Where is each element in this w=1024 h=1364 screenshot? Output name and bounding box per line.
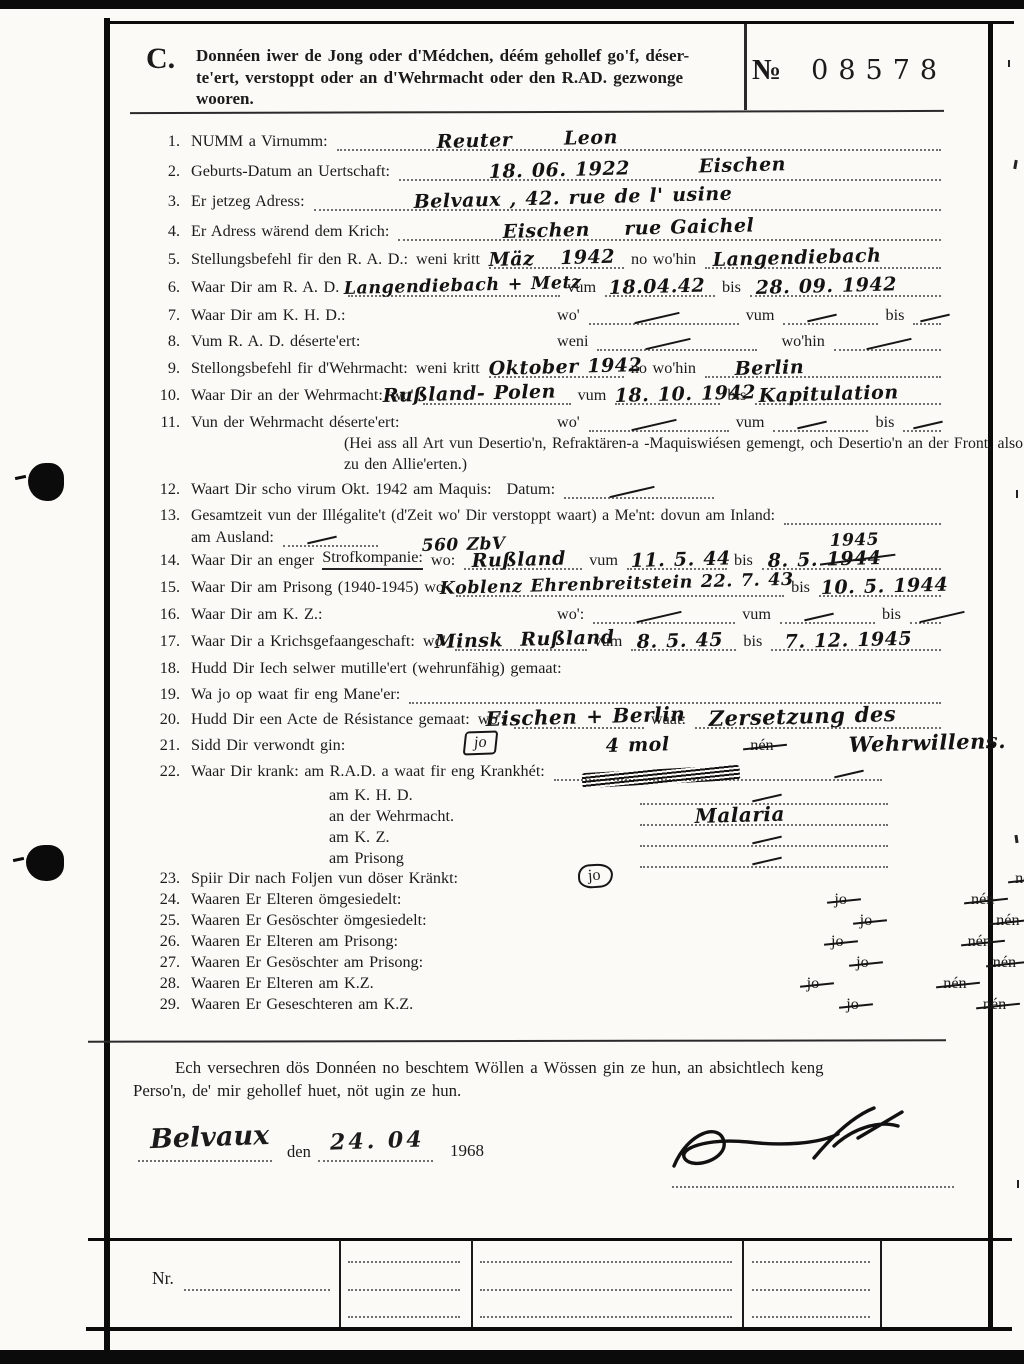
item-number: 25.	[154, 911, 180, 930]
scan-noise	[1017, 1180, 1019, 1188]
form-row-22-wehrmacht: an der Wehrmacht. Malaria	[154, 805, 886, 826]
form-row-19: 19. Wa jo op waat fir eng Mane'er:	[154, 683, 945, 704]
answer-line: Belvaux , 42. rue de l' usine	[314, 190, 941, 211]
item-label: Waar Dir am Prisong (1940-1945) wo'	[191, 578, 447, 597]
item-label: Hudd Dir een Acte de Résistance gemaat:	[191, 710, 470, 729]
form-row-6: 6. Waar Dir am R. A. D. Langendiebach + …	[154, 276, 945, 297]
item-number: 15.	[154, 578, 180, 597]
answer-line: Zersetzung des	[695, 708, 941, 729]
blank-dash	[920, 314, 950, 323]
item-number: 23.	[154, 869, 180, 888]
form-row-13b: am Ausland:	[154, 526, 945, 547]
handwritten-place: Minsk Rußland	[434, 626, 614, 653]
table-column-line	[471, 1240, 473, 1327]
table-cell-line	[480, 1261, 732, 1263]
answer-line: Koblenz Ehrenbreitstein 22. 7. 43	[456, 576, 784, 597]
handwritten-place: Koblenz Ehrenbreitstein 22. 7. 43	[439, 570, 793, 599]
form-row-9: 9. Stellongsbefehl fir d'Wehrmacht: weni…	[154, 357, 945, 378]
field-label: weni	[557, 332, 588, 351]
form-row-8: 8. Vum R. A. D. déserte'ert: weni wo'hin	[154, 330, 945, 351]
item-label: Wa jo op waat fir eng Mane'er:	[191, 685, 400, 704]
item-number: 2.	[154, 162, 180, 181]
form-row-14: 14. Waar Dir an enger Strofkompanie: wo:…	[154, 549, 945, 570]
blank-dash	[634, 312, 679, 324]
handwritten-war-address: Eischen rue Gaichel	[503, 214, 755, 243]
item-sublabel: am Ausland:	[191, 528, 274, 547]
item-label: Waar Dir an der Wehrmacht:	[191, 386, 383, 405]
blank-dash	[866, 338, 911, 350]
section-title-line1: Donnéen iwer de Jong oder d'Médchen, déé…	[196, 45, 748, 67]
form-row-22: 22. Waar Dir krank: am R.A.D. a waat fir…	[154, 760, 886, 781]
table-cell-line	[752, 1316, 870, 1318]
signature	[666, 1102, 910, 1188]
field-label: bis	[734, 551, 753, 570]
item-sublabel: am K. H. D.	[329, 786, 413, 805]
answer-line: Mäz 1942	[489, 248, 624, 269]
answer-line	[554, 760, 882, 781]
blank-dash	[307, 536, 337, 545]
scan-noise	[1013, 160, 1018, 169]
form-row-2: 2. Geburts-Datum an Uertschaft: 18. 06. …	[154, 160, 945, 181]
handwritten-date: 10. 5. 1944	[820, 574, 948, 599]
declaration-text: Ech versechren dös Donnéen no beschtem W…	[133, 1056, 967, 1102]
form-row-7: 7. Waar Dir am K. H. D.: wo' vum bis	[154, 304, 945, 325]
form-row-5: 5. Stellungsbefehl fir den R. A. D.: wen…	[154, 248, 945, 269]
item-label: Er Adress wärend dem Krich:	[191, 222, 389, 241]
answer-line	[589, 411, 729, 432]
answer-line: 8. 5. 1944 1945	[762, 549, 941, 570]
table-bottom-border	[86, 1327, 1012, 1331]
scan-edge-bottom	[0, 1350, 1024, 1364]
item-number: 12.	[154, 480, 180, 499]
item-label: Waaren Er Elteren am Prisong:	[191, 932, 398, 951]
field-label: wo':	[557, 605, 584, 624]
scan-noise	[1016, 490, 1018, 498]
answer-line: 18. 10. 1942	[615, 384, 720, 405]
field-label: vum	[742, 605, 771, 624]
form-row-15: 15. Waar Dir am Prisong (1940-1945) wo' …	[154, 576, 945, 597]
jo-option-struck: jo	[860, 911, 873, 930]
form-row-27: 27. Waaren Er Gesöschter am Prisong: jo …	[154, 951, 945, 972]
handwritten-signature-date: 24. 04	[330, 1126, 425, 1155]
handwritten-birth: 18. 06. 1922 Eischen	[488, 153, 786, 183]
table-column-line	[742, 1240, 744, 1327]
form-row-12: 12. Waart Dir scho virum Okt. 1942 am Ma…	[154, 478, 945, 499]
declaration-line1: Ech versechren dös Donnéen no beschtem W…	[133, 1056, 967, 1079]
form-row-11: 11. Vun der Wehrmacht déserte'ert: wo' v…	[154, 411, 945, 432]
blank-dash	[609, 486, 654, 498]
item-number: 9.	[154, 359, 180, 378]
jo-option-struck: jo	[834, 890, 847, 909]
item-label: Geburts-Datum an Uertschaft:	[191, 162, 390, 181]
field-label: vum	[578, 386, 607, 405]
blank-dash	[797, 421, 827, 430]
blank-dash	[752, 836, 782, 845]
handwritten-place: Langendiebach + Metz	[344, 273, 582, 299]
item-label: Waaren Er Geseschteren am K.Z.	[191, 995, 413, 1014]
handwritten-value: Kapitulation	[759, 381, 899, 407]
table-column-line	[339, 1240, 341, 1327]
table-cell-line	[348, 1316, 460, 1318]
handwritten-date: 7. 12. 1945	[785, 628, 913, 653]
section-title: Donnéen iwer de Jong oder d'Médchen, déé…	[196, 45, 748, 110]
answer-line	[409, 683, 941, 704]
blank-dash	[631, 419, 676, 431]
handwritten-date: 11. 5. 44	[630, 547, 731, 572]
date-line	[318, 1160, 433, 1162]
answer-line: Malaria	[640, 805, 888, 826]
answer-line: Reuter Leon	[337, 130, 941, 151]
handwritten-place: Langendiebach	[713, 245, 882, 271]
answer-line	[597, 330, 757, 351]
answer-line	[640, 826, 888, 847]
numero-sign: №	[752, 54, 781, 87]
answer-line	[593, 603, 735, 624]
declaration-line2: Perso'n, de' mir gehollef huet, nöt ugin…	[133, 1079, 967, 1102]
nen-option-struck: nén	[750, 736, 773, 755]
handwritten-illness: Malaria	[694, 802, 785, 828]
answer-line	[903, 411, 941, 432]
field-label: bis	[722, 278, 741, 297]
field-group: wo' vum bis	[554, 304, 945, 325]
answer-line	[564, 478, 714, 499]
field-label: wo'	[557, 413, 580, 432]
item-label: Waar Dir krank: am R.A.D. a waat fir eng…	[191, 762, 545, 781]
answer-line	[913, 304, 941, 325]
answer-line: Minsk Rußland	[455, 630, 587, 651]
item-label: Waaren Er Elteren ömgesiedelt:	[191, 890, 401, 909]
table-cell-line	[480, 1289, 732, 1291]
blank-dash	[913, 421, 943, 430]
handwritten-date: 8. 5. 1944	[767, 547, 881, 572]
answer-line	[773, 411, 868, 432]
form-number: № 08578	[752, 54, 984, 87]
item-number: 18.	[154, 659, 180, 678]
item-number: 6.	[154, 278, 180, 297]
item-number: 21.	[154, 736, 180, 755]
form-row-26: 26. Waaren Er Elteren am Prisong: jo nén	[154, 930, 945, 951]
answer-line	[910, 603, 941, 624]
answer-line: Rußland- Polen	[423, 384, 571, 405]
section-letter: C.	[146, 42, 175, 76]
table-cell-line	[348, 1289, 460, 1291]
item-number: 29.	[154, 995, 180, 1014]
table-cell-line	[752, 1289, 870, 1291]
answer-line: Langendiebach	[705, 248, 941, 269]
form-row-18: 18. Hudd Dir Iech selwer mutille'ert (we…	[154, 657, 945, 678]
handwritten-date: 18.04.42	[608, 274, 705, 299]
answer-line	[780, 603, 875, 624]
handwritten-signature-place: Belvaux	[149, 1120, 269, 1155]
section-title-line2: te'ert, verstoppt oder an d'Wehrmacht od…	[196, 67, 748, 89]
jo-option-struck: jo	[831, 932, 844, 951]
item-number: 8.	[154, 332, 180, 351]
item-number: 11.	[154, 413, 180, 432]
item-number: 22.	[154, 762, 180, 781]
field-label: bis	[875, 413, 894, 432]
form-row-4: 4. Er Adress wärend dem Krich: Eischen r…	[154, 220, 945, 241]
form-row-28: 28. Waaren Er Elteren am K.Z. jo nén	[154, 972, 945, 993]
item-sublabel: am K. Z.	[329, 828, 390, 847]
item-number: 3.	[154, 192, 180, 211]
page-left-border	[104, 18, 110, 1352]
item-label: Waart Dir scho virum Okt. 1942 am Maquis…	[191, 480, 492, 499]
scan-noise	[1014, 835, 1018, 843]
handwritten-address: Belvaux , 42. rue de l' usine	[413, 183, 732, 213]
form-number-value: 08578	[811, 55, 947, 86]
form-row-29: 29. Waaren Er Geseschteren am K.Z. jo né…	[154, 993, 945, 1014]
item-number: 16.	[154, 605, 180, 624]
item-label: Waar Dir a Krichsgefaangeschaft:	[191, 632, 415, 651]
handwritten-date: Mäz 1942	[488, 246, 615, 271]
item-sublabel: am Prisong	[329, 849, 404, 868]
item-label: Waaren Er Elteren am K.Z.	[191, 974, 374, 993]
blank-dash	[636, 611, 681, 623]
answer-line: 10. 5. 1944	[819, 576, 941, 597]
item-label: Waar Dir an enger	[191, 551, 314, 570]
form-row-1: 1. NUMM a Virnumm: Reuter Leon	[154, 130, 945, 151]
form-row-21: 21. Sidd Dir verwondt gin: jo nén 4 mol	[154, 734, 945, 755]
field-label: weni kritt	[416, 359, 480, 378]
handwritten-act: Zersetzung des	[708, 701, 896, 731]
blank-dash	[646, 338, 691, 350]
field-label: vum	[589, 551, 618, 570]
item-number: 7.	[154, 306, 180, 325]
scan-edge-top	[0, 0, 1024, 9]
item-label: Hudd Dir Iech selwer mutille'ert (wehrun…	[191, 659, 562, 678]
form-row-16: 16. Waar Dir am K. Z.: wo': vum bis	[154, 603, 945, 624]
item-number: 19.	[154, 685, 180, 704]
jo-option-struck: jo	[856, 953, 869, 972]
item-label: NUMM a Virnumm:	[191, 132, 328, 151]
field-label: no wo'hin	[631, 250, 696, 269]
answer-line	[783, 304, 878, 325]
year-label: 1968	[450, 1141, 484, 1161]
nr-line	[184, 1289, 330, 1291]
item-label: Sidd Dir verwondt gin:	[191, 736, 345, 755]
jo-option-struck: jo	[846, 995, 859, 1014]
table-cell-line	[348, 1261, 460, 1263]
handwritten-correction: 1945	[829, 530, 879, 551]
answer-line	[784, 504, 941, 525]
ink-blot	[26, 845, 64, 881]
section-divider	[88, 1039, 946, 1042]
item-label: Er jetzeg Adress:	[191, 192, 305, 211]
item-label: Stellungsbefehl fir den R. A. D.:	[191, 250, 408, 269]
field-group: weni wo'hin	[554, 330, 945, 351]
answer-line	[589, 304, 739, 325]
item-number: 27.	[154, 953, 180, 972]
form-row-24: 24. Waaren Er Elteren ömgesiedelt: jo né…	[154, 888, 945, 909]
field-label: bis	[885, 306, 904, 325]
answer-line: 11. 5. 44	[627, 549, 727, 570]
place-line	[138, 1160, 272, 1162]
item-label: Spiir Dir nach Foljen vun döser Kränkt:	[191, 869, 458, 888]
item-label: Waar Dir am K. H. D.:	[191, 306, 346, 325]
answer-line: Eischen + Berlin	[514, 708, 644, 729]
field-group: wo': vum bis	[554, 603, 945, 624]
table-cell-line	[752, 1261, 870, 1263]
nr-label: Nr.	[152, 1268, 174, 1289]
form-row-25: 25. Waaren Er Gesöschter ömgesiedelt: jo…	[154, 909, 945, 930]
field-label: wo'	[557, 306, 580, 325]
nen-option-struck: nén	[1015, 869, 1024, 888]
table-top-border	[88, 1238, 1012, 1241]
signature-stroke	[666, 1102, 910, 1188]
field-label: bis	[791, 578, 810, 597]
handwritten-place: Rußland- Polen	[382, 380, 556, 407]
answer-line: 28. 09. 1942	[750, 276, 941, 297]
answer-line: 7. 12. 1945	[771, 630, 941, 651]
answer-line: Berlin	[705, 357, 941, 378]
handwritten-count: 4 mol	[605, 733, 669, 757]
field-label: wo'hin	[781, 332, 824, 351]
handwritten-name: Reuter Leon	[436, 126, 618, 153]
blank-dash	[804, 613, 834, 622]
item-label: Vum R. A. D. déserte'ert:	[191, 332, 360, 351]
signature-line	[672, 1186, 954, 1188]
table-cell-line	[480, 1316, 732, 1318]
nen-option-struck: nén	[968, 932, 991, 951]
field-group: wo' vum bis	[554, 411, 945, 432]
item-label: Stellongsbefehl fir d'Wehrmacht:	[191, 359, 408, 378]
form-row-23: 23. Spiir Dir nach Foljen vun döser Krän…	[154, 867, 945, 888]
nen-option-struck: nén	[943, 974, 966, 993]
scanned-form-page: C. Donnéen iwer de Jong oder d'Médchen, …	[0, 0, 1024, 1364]
item-sublabel: an der Wehrmacht.	[329, 807, 454, 826]
nen-option-struck: nén	[983, 995, 1006, 1014]
handwritten-place: Berlin	[734, 356, 804, 380]
form-row-22-prisong: am Prisong	[154, 847, 886, 868]
answer-line: Eischen rue Gaichel	[398, 220, 941, 241]
page-right-border	[988, 21, 993, 1331]
answer-line	[283, 526, 378, 547]
section-title-line3: wooren.	[196, 88, 748, 110]
form-row-20: 20. Hudd Dir een Acte de Résistance gema…	[154, 708, 945, 729]
field-label: Datum:	[507, 480, 556, 499]
item-number: 26.	[154, 932, 180, 951]
jo-option-boxed: jo	[463, 730, 498, 755]
item-label: Vun der Wehrmacht déserte'ert:	[191, 413, 399, 432]
form-row-13: 13. Gesamtzeit vun der Illégalite't (d'Z…	[154, 504, 945, 525]
blank-dash	[752, 857, 782, 866]
item-label: Waar Dir am R. A. D.	[191, 278, 339, 297]
item-label: Gesamtzeit vun der Illégalite't (d'Zeit …	[191, 507, 775, 525]
item-number: 10.	[154, 386, 180, 405]
jo-option-circled: jo	[577, 863, 613, 889]
handwritten-date: 18. 10. 1942	[615, 381, 757, 407]
answer-line: Oktober 1942	[489, 357, 624, 378]
form-top-border	[108, 21, 1014, 24]
field-label: bis	[743, 632, 762, 651]
item-number: 5.	[154, 250, 180, 269]
field-label: weni kritt	[416, 250, 480, 269]
answer-line: 18.04.42	[605, 276, 715, 297]
item-number: 4.	[154, 222, 180, 241]
item-number: 17.	[154, 632, 180, 651]
ink-blot	[28, 463, 64, 501]
form-row-10: 10. Waar Dir an der Wehrmacht: wo' Rußla…	[154, 384, 945, 405]
header-underline	[130, 110, 944, 114]
item-label: Waaren Er Gesöschter am Prisong:	[191, 953, 423, 972]
item-number: 24.	[154, 890, 180, 909]
field-label: vum	[746, 306, 775, 325]
table-column-line	[880, 1240, 882, 1327]
answer-line	[640, 847, 888, 868]
answer-line: 18. 06. 1922 Eischen	[399, 160, 941, 181]
item-number: 14.	[154, 551, 180, 570]
field-label: bis	[882, 605, 901, 624]
nen-option-struck: nén	[996, 911, 1019, 930]
handwritten-date: 8. 5. 45	[637, 629, 724, 653]
handwritten-date: Oktober 1942	[488, 354, 642, 380]
item-number: 20.	[154, 710, 180, 729]
answer-line: 8. 5. 45	[631, 630, 736, 651]
form-row-17: 17. Waar Dir a Krichsgefaangeschaft: wo'…	[154, 630, 945, 651]
handwritten-unit: 560 ZbV	[421, 534, 505, 556]
item-number: 1.	[154, 132, 180, 151]
answer-line: Kapitulation	[755, 384, 941, 405]
jo-option-struck: jo	[807, 974, 820, 993]
item-label: Waar Dir am K. Z.:	[191, 605, 322, 624]
item-number: 13.	[154, 506, 180, 525]
blank-dash	[807, 314, 837, 323]
handwritten-date: 28. 09. 1942	[755, 273, 897, 299]
form-row-3: 3. Er jetzeg Adress: Belvaux , 42. rue d…	[154, 190, 945, 211]
form-row-22-kz: am K. Z.	[154, 826, 886, 847]
blank-dash	[920, 611, 965, 623]
nen-option-struck: nén	[971, 890, 994, 909]
field-label: vum	[736, 413, 765, 432]
nen-option-struck: nén	[993, 953, 1016, 972]
header-divider	[744, 24, 747, 110]
answer-line	[834, 330, 941, 351]
item-label-underlined: Strofkompanie:	[322, 548, 423, 570]
item-11-note: (Hei ass all Art vun Desertio'n, Refrakt…	[344, 434, 1024, 475]
item-number: 28.	[154, 974, 180, 993]
item-label: Waaren Er Gesöschter ömgesiedelt:	[191, 911, 427, 930]
den-label: den	[287, 1142, 311, 1162]
blank-dash	[834, 770, 864, 779]
answer-line: Langendiebach + Metz	[348, 276, 560, 297]
scan-noise	[1008, 60, 1010, 67]
